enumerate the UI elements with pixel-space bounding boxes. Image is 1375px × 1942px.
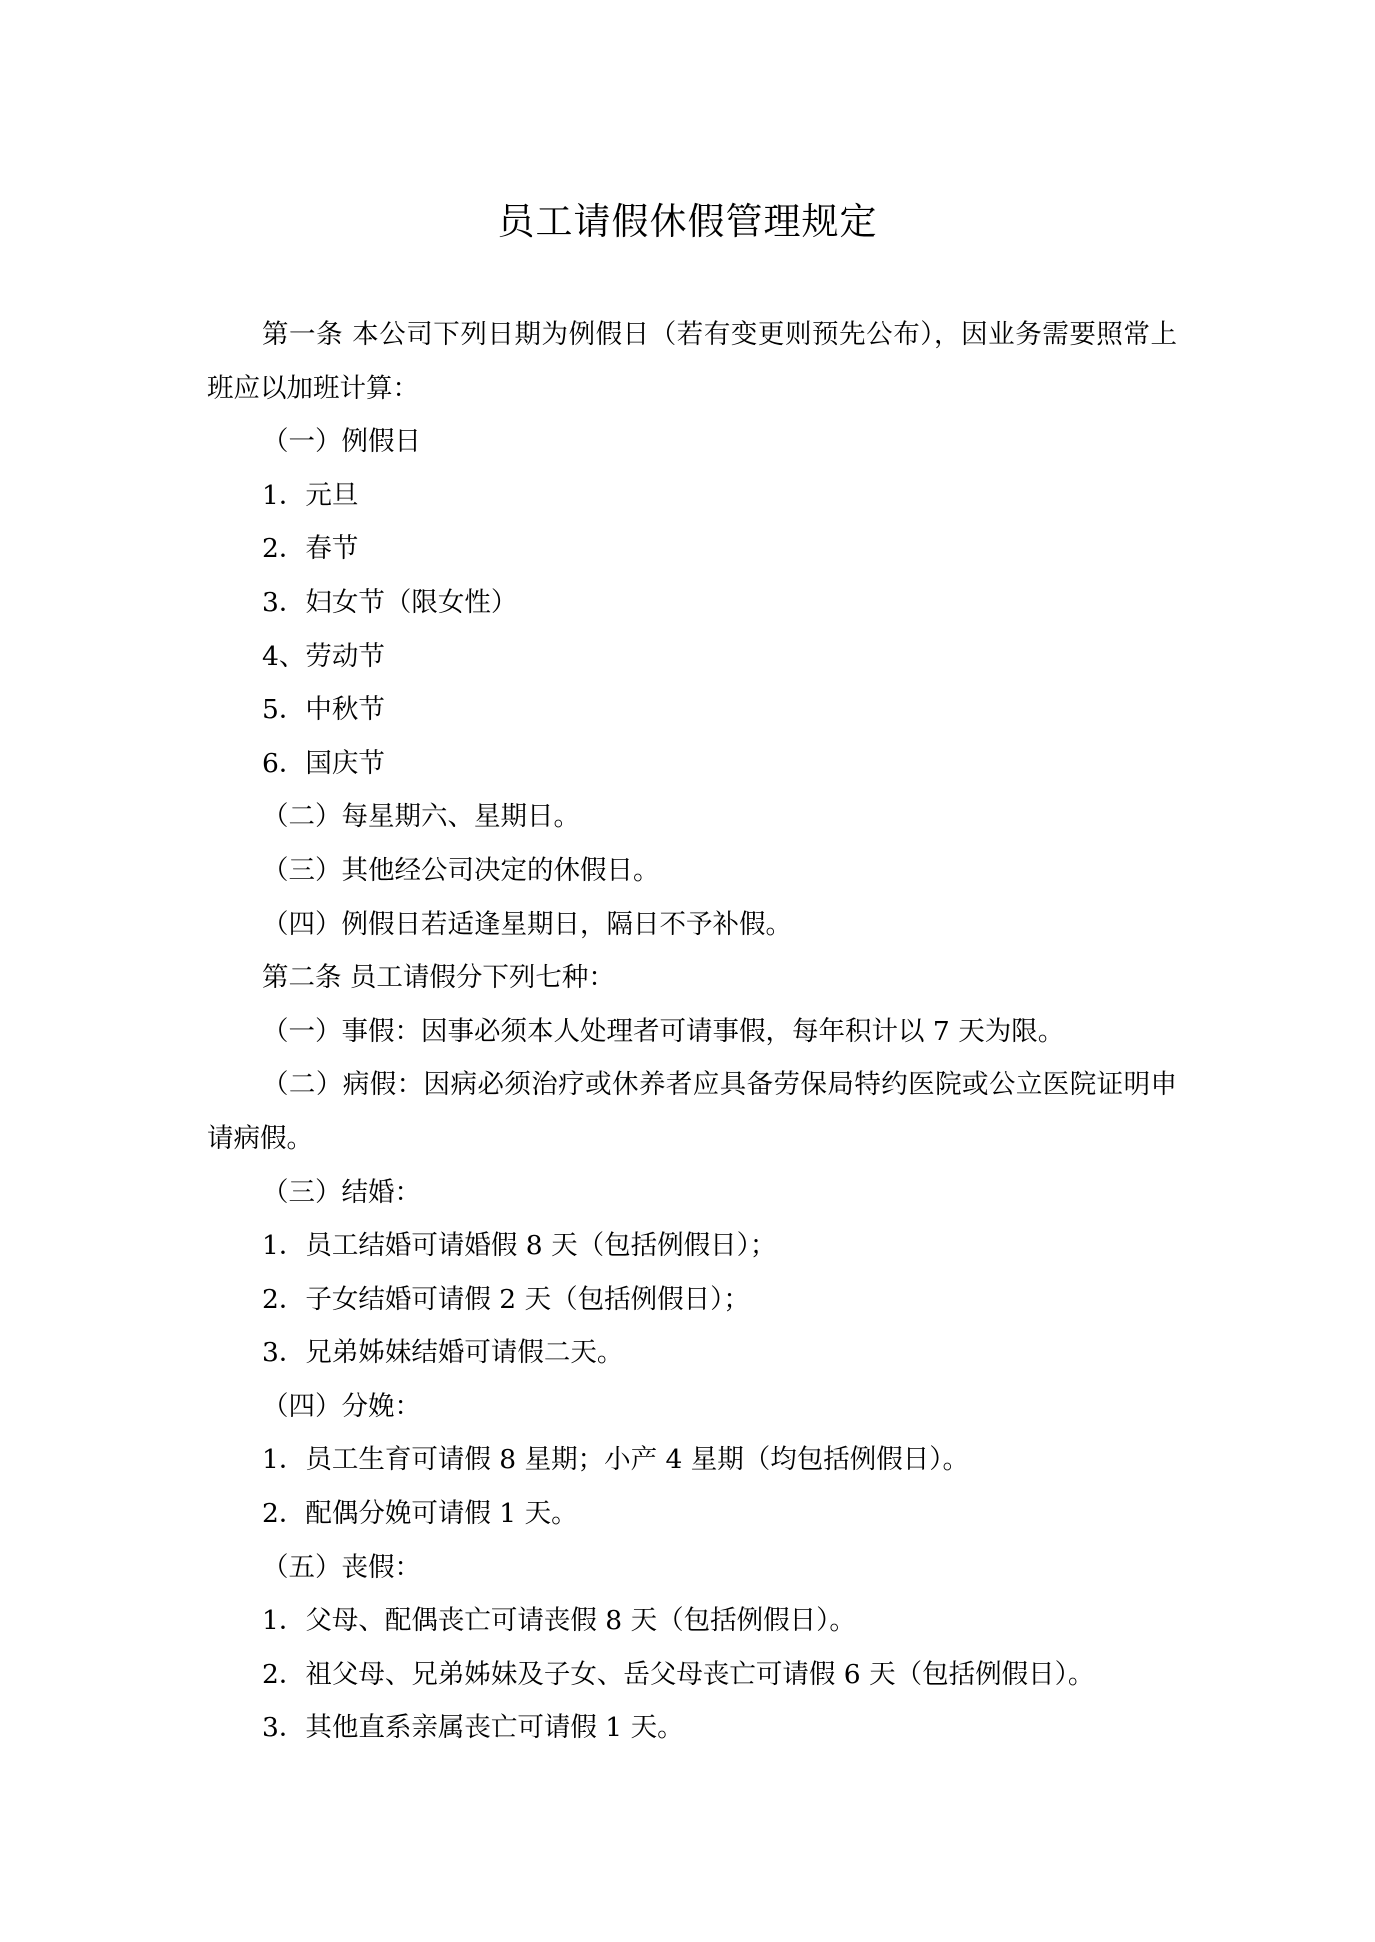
document-body: 第一条 本公司下列日期为例假日（若有变更则预先公布），因业务需要照常上班应以加班… <box>207 308 1177 1755</box>
bereavement-leave-item: 3．其他直系亲属丧亡可请假 1 天。 <box>207 1701 1177 1755</box>
article-2-paragraph: 第二条 员工请假分下列七种： <box>207 951 1177 1005</box>
section-weekend-paragraph: （二）每星期六、星期日。 <box>207 790 1177 844</box>
holiday-item: 1．元旦 <box>207 469 1177 523</box>
document-title: 员工请假休假管理规定 <box>0 197 1375 247</box>
bereavement-leave-heading: （五）丧假： <box>207 1541 1177 1595</box>
maternity-leave-item: 1．员工生育可请假 8 星期；小产 4 星期（均包括例假日）。 <box>207 1433 1177 1487</box>
bereavement-leave-item: 1．父母、配偶丧亡可请丧假 8 天（包括例假日）。 <box>207 1594 1177 1648</box>
holiday-item: 5．中秋节 <box>207 683 1177 737</box>
holiday-item: 2．春节 <box>207 522 1177 576</box>
article-1-paragraph: 第一条 本公司下列日期为例假日（若有变更则预先公布），因业务需要照常上班应以加班… <box>207 308 1177 415</box>
maternity-leave-item: 2．配偶分娩可请假 1 天。 <box>207 1487 1177 1541</box>
marriage-leave-item: 2．子女结婚可请假 2 天（包括例假日）； <box>207 1273 1177 1327</box>
section-holidays-heading: （一）例假日 <box>207 415 1177 469</box>
holiday-item: 6．国庆节 <box>207 737 1177 791</box>
document-page: 员工请假休假管理规定 第一条 本公司下列日期为例假日（若有变更则预先公布），因业… <box>0 0 1375 1942</box>
section-no-makeup-paragraph: （四）例假日若适逢星期日，隔日不予补假。 <box>207 898 1177 952</box>
bereavement-leave-item: 2．祖父母、兄弟姊妹及子女、岳父母丧亡可请假 6 天（包括例假日）。 <box>207 1648 1177 1702</box>
marriage-leave-item: 1．员工结婚可请婚假 8 天（包括例假日）； <box>207 1219 1177 1273</box>
marriage-leave-item: 3．兄弟姊妹结婚可请假二天。 <box>207 1326 1177 1380</box>
section-other-holidays-paragraph: （三）其他经公司决定的休假日。 <box>207 844 1177 898</box>
marriage-leave-heading: （三）结婚： <box>207 1166 1177 1220</box>
maternity-leave-heading: （四）分娩： <box>207 1380 1177 1434</box>
sick-leave-paragraph: （二）病假：因病必须治疗或休养者应具备劳保局特约医院或公立医院证明申请病假。 <box>207 1058 1177 1165</box>
holiday-item: 4、劳动节 <box>207 630 1177 684</box>
holiday-item: 3．妇女节（限女性） <box>207 576 1177 630</box>
personal-leave-paragraph: （一）事假：因事必须本人处理者可请事假，每年积计以 7 天为限。 <box>207 1005 1177 1059</box>
